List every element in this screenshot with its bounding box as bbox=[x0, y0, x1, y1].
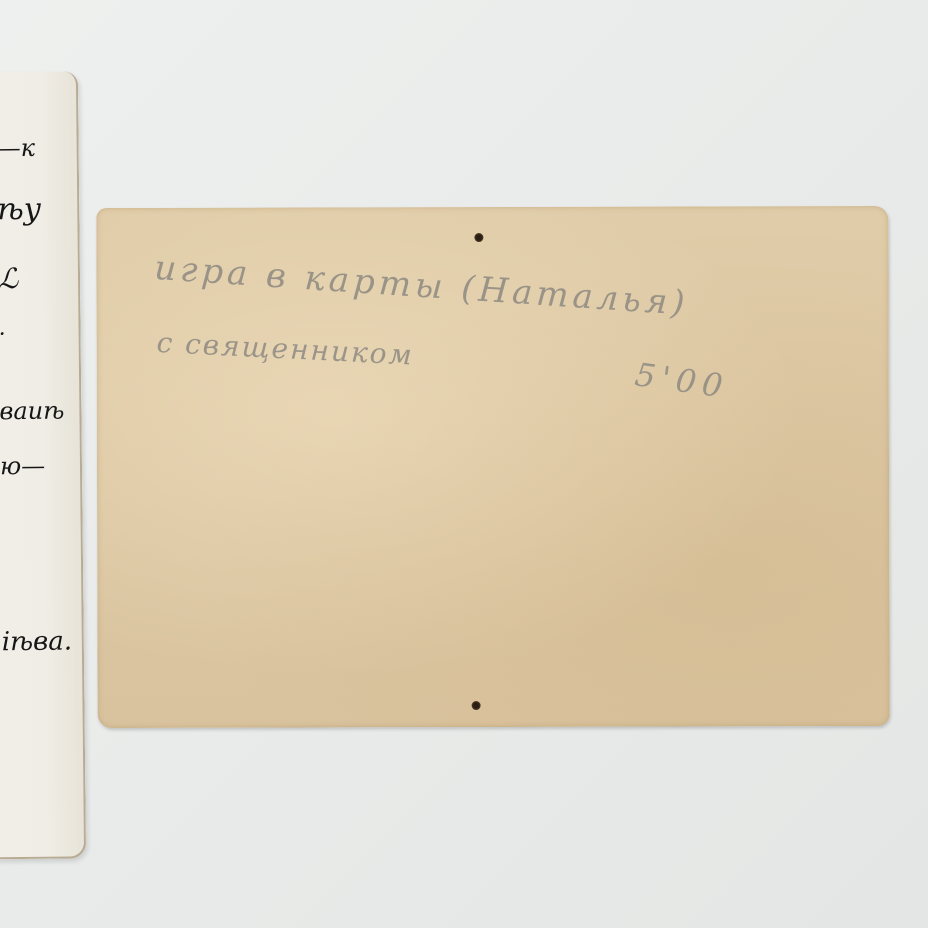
aged-card-back: игра в карты (Наталья) с священником 5'0… bbox=[96, 206, 889, 728]
pin-hole bbox=[472, 701, 481, 710]
handwriting-fragment: ваиѣ bbox=[0, 397, 64, 426]
handwriting-fragment: ѣу bbox=[0, 192, 41, 227]
handwriting-fragment: —к bbox=[0, 134, 35, 162]
pencil-inscription-line1: игра в карты (Наталья) bbox=[153, 248, 690, 324]
pencil-price: 5'00 bbox=[633, 355, 731, 405]
pin-hole bbox=[474, 233, 483, 242]
handwriting-fragment: ю— bbox=[0, 452, 45, 480]
handwriting-fragment: іѣва. bbox=[2, 626, 72, 657]
photo-scene: —к ѣу ℒ · ваиѣ ю— іѣва. игра в карты (На… bbox=[0, 0, 928, 928]
pencil-inscription-line2: с священником bbox=[156, 326, 415, 372]
handwriting-fragment: ℒ bbox=[0, 262, 18, 295]
left-white-card: —к ѣу ℒ · ваиѣ ю— іѣва. bbox=[0, 71, 86, 859]
handwriting-fragment: · bbox=[0, 322, 6, 347]
